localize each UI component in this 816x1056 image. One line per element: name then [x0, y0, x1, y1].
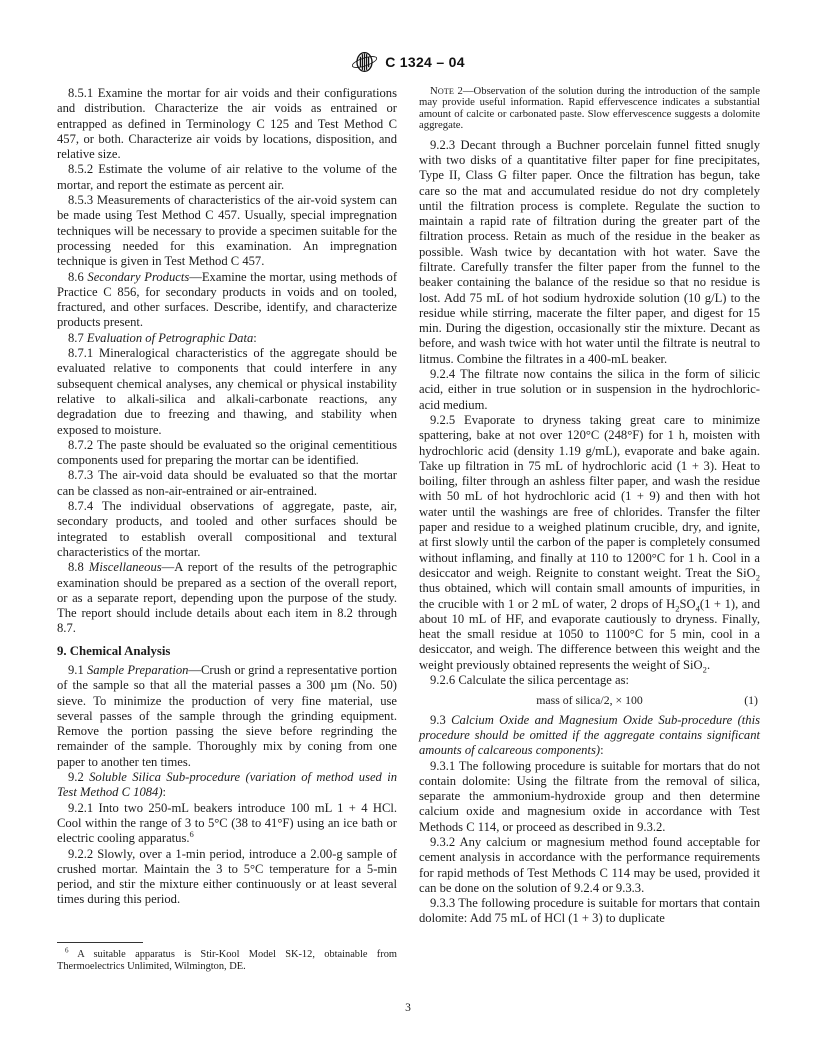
- footnote-6: 6 A suitable apparatus is Stir-Kool Mode…: [57, 942, 397, 972]
- equation-number: (1): [744, 693, 758, 708]
- document-page: C 1324 – 04 8.5.1 Examine the mortar for…: [0, 0, 816, 1056]
- para-9-2-1: 9.2.1 Into two 250-mL beakers introduce …: [57, 801, 397, 847]
- para-8-8: 8.8 Miscellaneous—A report of the result…: [57, 560, 397, 636]
- section-heading-9: 9. Chemical Analysis: [57, 644, 397, 659]
- para-8-7-4: 8.7.4 The individual observations of agg…: [57, 499, 397, 560]
- para-8-7-2: 8.7.2 The paste should be evaluated so t…: [57, 438, 397, 469]
- para-8-5-3: 8.5.3 Measurements of characteristics of…: [57, 193, 397, 269]
- astm-logo-icon: [351, 50, 378, 74]
- page-header: C 1324 – 04: [0, 50, 816, 74]
- para-9-1: 9.1 Sample Preparation—Crush or grind a …: [57, 663, 397, 770]
- right-column: NOTE 2—Observation of the solution durin…: [419, 86, 760, 927]
- para-9-2-4: 9.2.4 The filtrate now contains the sili…: [419, 367, 760, 413]
- para-8-5-1: 8.5.1 Examine the mortar for air voids a…: [57, 86, 397, 162]
- para-9-2-2: 9.2.2 Slowly, over a 1-min period, intro…: [57, 847, 397, 908]
- para-9-2-6: 9.2.6 Calculate the silica percentage as…: [419, 673, 760, 688]
- note-2: NOTE 2—Observation of the solution durin…: [419, 86, 760, 132]
- footnote-separator: [57, 942, 143, 943]
- para-9-3: 9.3 Calcium Oxide and Magnesium Oxide Su…: [419, 713, 760, 759]
- para-8-5-2: 8.5.2 Estimate the volume of air relativ…: [57, 162, 397, 193]
- para-9-3-1: 9.3.1 The following procedure is suitabl…: [419, 759, 760, 835]
- para-9-3-3: 9.3.3 The following procedure is suitabl…: [419, 896, 760, 927]
- page-number: 3: [0, 1002, 816, 1014]
- document-code: C 1324 – 04: [385, 54, 465, 70]
- equation-body: mass of silica/2, × 100: [536, 693, 643, 707]
- footnote-text: 6 A suitable apparatus is Stir-Kool Mode…: [57, 949, 397, 972]
- para-9-2-5: 9.2.5 Evaporate to dryness taking great …: [419, 413, 760, 673]
- equation-1: mass of silica/2, × 100 (1): [419, 693, 760, 708]
- para-8-7-3: 8.7.3 The air-void data should be evalua…: [57, 468, 397, 499]
- para-9-2-3: 9.2.3 Decant through a Buchner porcelain…: [419, 138, 760, 367]
- para-8-7: 8.7 Evaluation of Petrographic Data:: [57, 331, 397, 346]
- left-column: 8.5.1 Examine the mortar for air voids a…: [57, 86, 397, 908]
- para-9-3-2: 9.3.2 Any calcium or magnesium method fo…: [419, 835, 760, 896]
- para-8-6: 8.6 Secondary Products—Examine the morta…: [57, 270, 397, 331]
- para-8-7-1: 8.7.1 Mineralogical characteristics of t…: [57, 346, 397, 438]
- para-9-2: 9.2 Soluble Silica Sub-procedure (variat…: [57, 770, 397, 801]
